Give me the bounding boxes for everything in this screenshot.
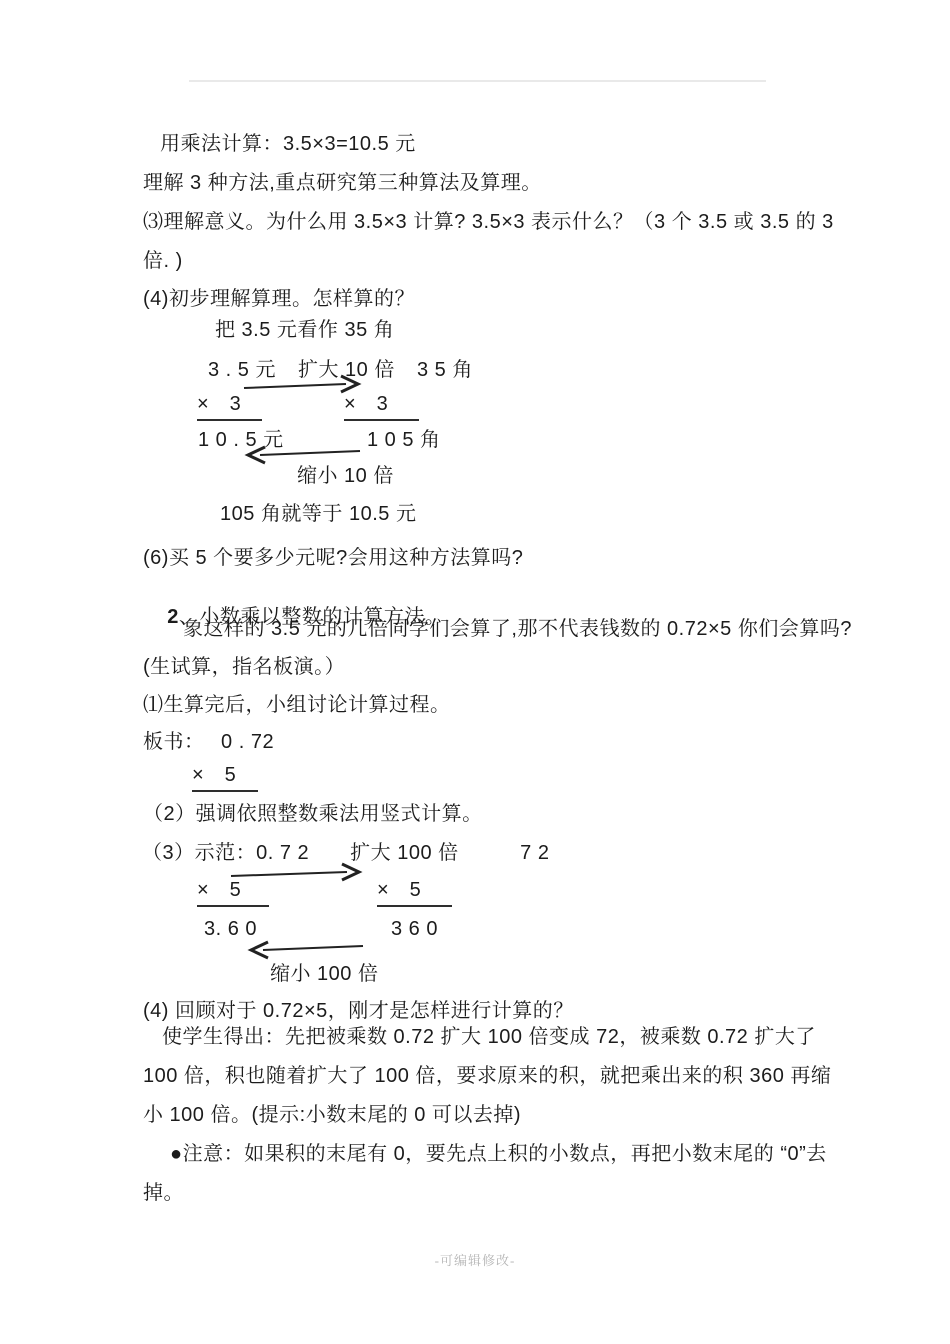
diagram1-conclusion: 105 角就等于 10.5 元: [220, 501, 416, 527]
line-item4-reasoning: (4)初步理解算理。怎样算的？: [143, 286, 415, 312]
diagram1-multiplier-left: × 3: [197, 391, 262, 421]
diagram2-multiplier-right: × 5: [377, 877, 452, 907]
line-item3-meaning-1: ⑶理解意义。为什么用 3.5×3 计算? 3.5×3 表示什么？（3 个 3.5…: [143, 209, 834, 235]
line-conclusion-1: 使学生得出：先把被乘数 0.72 扩大 100 倍变成 72，被乘数 0.72 …: [162, 1024, 816, 1050]
diagram1-top-right: 3 5 角: [417, 357, 473, 383]
diagram2-product-right: 3 6 0: [391, 916, 438, 942]
line-try-calc: (生试算，指名板演。）: [143, 654, 345, 680]
diagram2-multiplier-left: × 5: [197, 877, 269, 907]
document-page: 用乘法计算：3.5×3=10.5 元 理解 3 种方法,重点研究第三种算法及算理…: [0, 0, 950, 1344]
diagram1-product-right: 1 0 5 角: [367, 427, 441, 453]
line-item3-meaning-2: 倍. ): [143, 248, 183, 274]
line-item1-discuss: ⑴生算完后，小组讨论计算过程。: [143, 692, 451, 718]
page-footer: -可编辑修改-: [0, 1250, 950, 1269]
line-understand-methods: 理解 3 种方法,重点研究第三种算法及算理。: [143, 170, 542, 196]
blackboard-multiplier: × 5: [192, 762, 258, 792]
line-item2-emphasize: （2）强调依照整数乘法用竖式计算。: [143, 801, 483, 827]
line-note-1: ●注意：如果积的末尾有 0，要先点上积的小数点，再把小数末尾的 “0”去: [170, 1141, 827, 1167]
diagram1-multiplier-right: × 3: [344, 391, 419, 421]
line-item4-review: (4) 回顾对于 0.72×5，刚才是怎样进行计算的？: [143, 998, 574, 1024]
header-divider: [189, 80, 766, 82]
diagram1-shrink-label: 缩小 10 倍: [297, 463, 394, 489]
line-conclusion-2: 100 倍，积也随着扩大了 100 倍，要求原来的积，就把乘出来的积 360 再…: [143, 1063, 831, 1089]
line-note-2: 掉。: [143, 1180, 184, 1206]
line-regard-as: 把 3.5 元看作 35 角: [215, 317, 394, 343]
diagram2-shrink-label: 缩小 100 倍: [270, 961, 378, 987]
line-like-this: 象这样的 3.5 元的几倍同学们会算了,那不代表钱数的 0.72×5 你们会算吗…: [183, 616, 852, 642]
line-item6-buy5: (6)买 5 个要多少元呢?会用这种方法算吗?: [143, 545, 523, 571]
section2-number: 2: [167, 606, 179, 628]
shrink-100x-arrow-left-icon: [246, 939, 366, 961]
line-blackboard: 板书： 0 . 72: [143, 729, 274, 755]
line-conclusion-3: 小 100 倍。(提示:小数末尾的 0 可以去掉): [143, 1102, 521, 1128]
line-use-multiply: 用乘法计算：3.5×3=10.5 元: [160, 131, 416, 157]
